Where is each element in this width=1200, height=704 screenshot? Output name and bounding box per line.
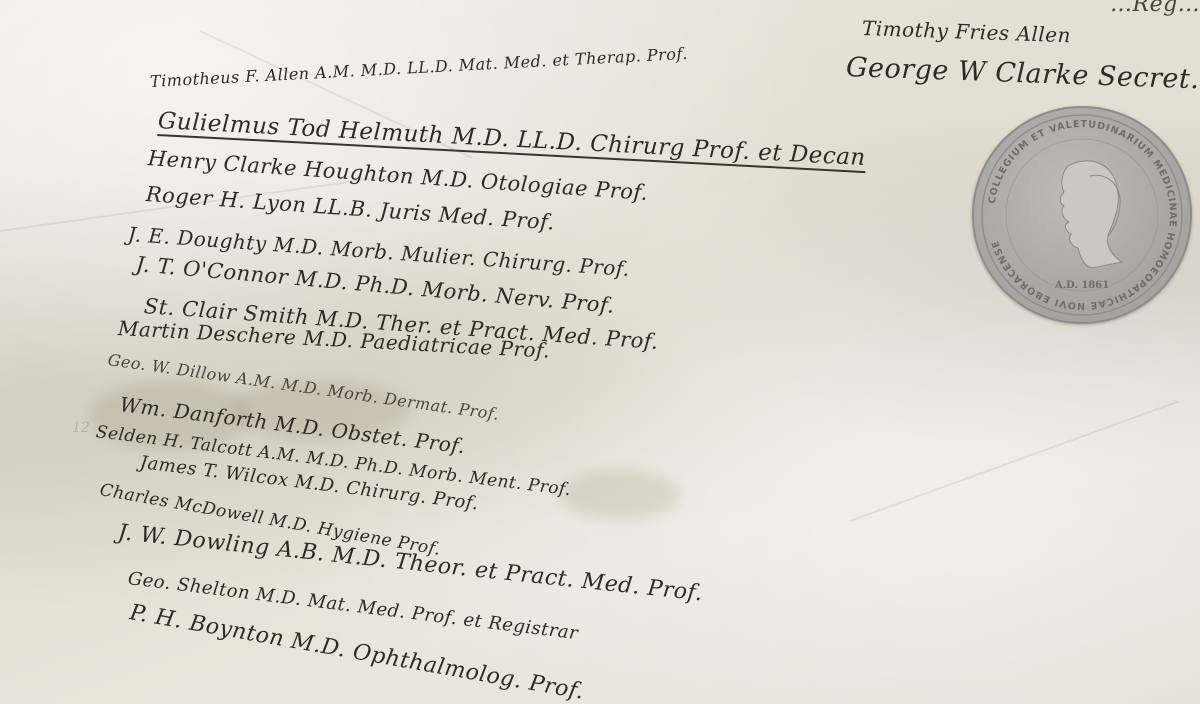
header-partial-text: …Reg… bbox=[1110, 0, 1200, 17]
paper-stain bbox=[560, 470, 680, 520]
portrait-profile-icon bbox=[1060, 161, 1122, 268]
seal-graphic: COLLEGIUM ET VALETUDINARIUM MEDICINAE HO… bbox=[972, 106, 1192, 324]
margin-number: 12 bbox=[72, 420, 90, 436]
seal-date: A.D. 1861 bbox=[1054, 280, 1109, 291]
college-seal: COLLEGIUM ET VALETUDINARIUM MEDICINAE HO… bbox=[972, 106, 1192, 324]
